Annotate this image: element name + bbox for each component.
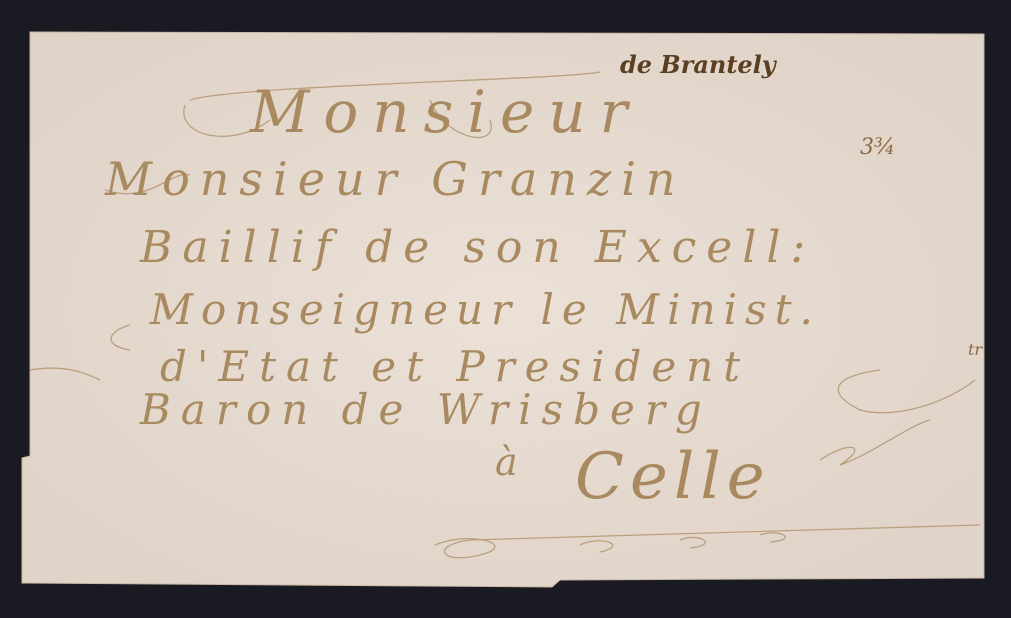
address-line-8: Celle	[575, 440, 771, 514]
rate-marking: 3¾	[860, 135, 895, 160]
address-line-4: Monseigneur le Minist.	[150, 285, 821, 334]
letter-paper: de Brantely Monsieur 3¾ Monsieur Granzin…	[0, 0, 1011, 618]
address-line-7: à	[495, 440, 524, 484]
side-mark: tr	[968, 340, 982, 359]
address-line-2: Monsieur Granzin	[105, 152, 686, 206]
address-line-3: Baillif de son Excell:	[140, 222, 815, 273]
address-line-5: d'Etat et President	[160, 342, 750, 391]
address-line-6: Baron de Wrisberg	[140, 385, 712, 434]
address-line-1: Monsieur	[250, 78, 641, 146]
annotation-top: de Brantely	[620, 50, 776, 79]
